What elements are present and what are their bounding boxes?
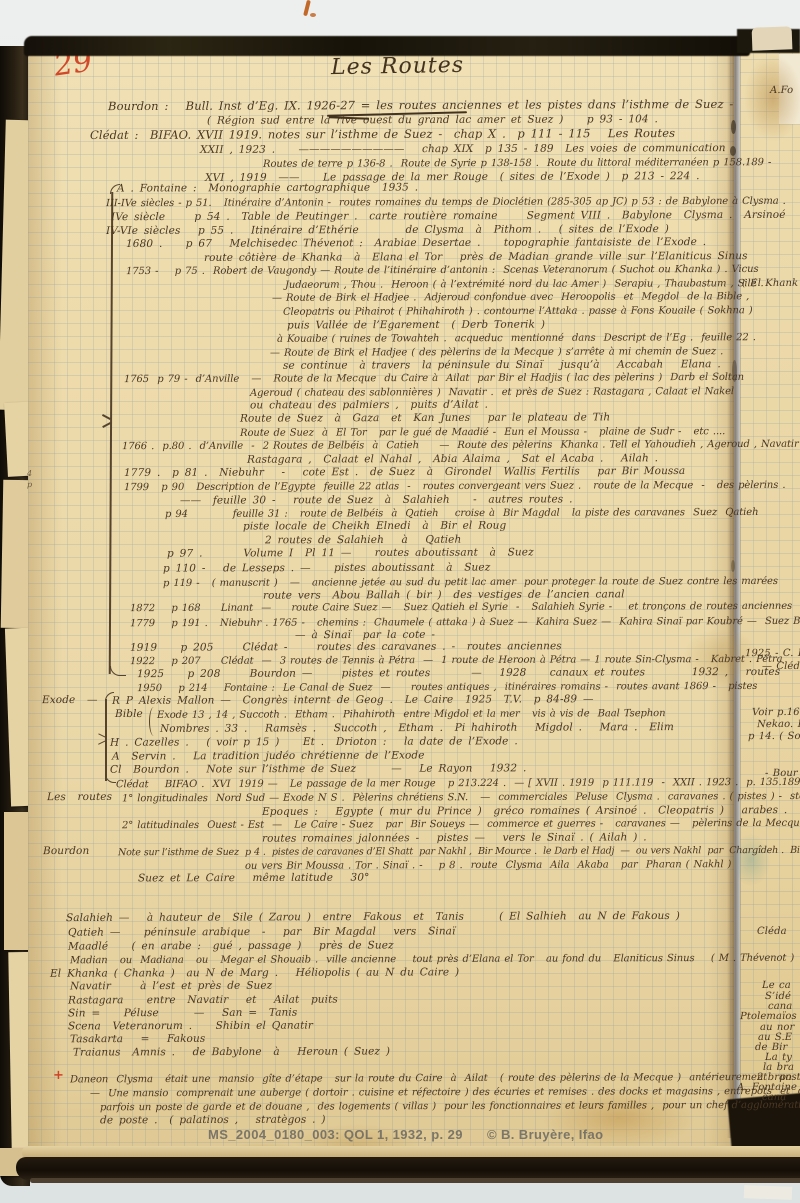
handwritten-line: Clédat BIFAO . XVI 1919 — Le passage de … <box>116 777 800 791</box>
handwritten-line: Clédat : BIFAO. XVII 1919. notes sur l’i… <box>90 128 675 141</box>
scanned-notebook-photo: 29 Les Routes Bourdon : Bull. Inst d’Eg.… <box>0 0 800 1203</box>
handwritten-line: route vers Abou Ballah ( bir ) des vesti… <box>263 589 625 601</box>
handwritten-line: 1925 p 208 Bourdon — pistes et routes — … <box>137 667 780 680</box>
handwritten-line: H . Cazelles . ( voir p 15 ) Et . Drioto… <box>110 736 518 748</box>
handwritten-line: Salahieh — à hauteur de Sile ( Zarou ) e… <box>66 911 680 924</box>
margin-note: cana <box>762 1092 786 1103</box>
handwritten-line: 1919 p 205 Clédat - routes des caravanes… <box>130 641 562 654</box>
handwritten-line: —— feuille 30 - route de Suez à Salahieh… <box>180 494 573 506</box>
margin-note: Ptolemaïos <box>740 1011 797 1022</box>
handwritten-line: ( Région sud entre la rive ouest du gran… <box>207 114 658 127</box>
group-brace-bible <box>149 707 157 736</box>
handwritten-line: Nombres . 33 . Ramsès . Succoth , Etham … <box>160 722 674 735</box>
margin-note: ( El Khank <box>742 278 798 289</box>
handwritten-line: 1° longitudinales Nord Sud — Exode N S .… <box>122 791 800 805</box>
handwritten-line: IV-VIe siècles p 55 . Itinéraire d’Ethér… <box>106 224 669 237</box>
handwritten-line: Routes de terre p 136-8 . Route de Syrie… <box>263 157 771 170</box>
handwritten-line: Route de Suez à Gaza et Kan Junes par le… <box>240 412 610 424</box>
handwritten-line: Sin = Péluse — San = Tanis <box>68 1008 297 1020</box>
handwritten-line: Bourdon <box>43 846 89 857</box>
handwritten-line: Epoques : Egypte ( mur du Prince ) gréco… <box>262 805 787 818</box>
handwritten-line: puis Vallée de l’Egarement ( Derb Toneri… <box>287 320 545 332</box>
handwritten-line: 1872 p 168 Linant — route Caire Suez — S… <box>130 601 792 614</box>
handwritten-line: se continue à travers la péninsule du Si… <box>283 359 721 372</box>
handwritten-line: + <box>53 1070 64 1081</box>
handwritten-line: Navatir à l’est et près de Suez <box>70 981 272 993</box>
orange-pen-mark <box>310 13 316 17</box>
handwritten-line: Judaeorum , Thou . Heroon ( à l’extrémit… <box>285 278 764 291</box>
handwritten-line: route côtière de Khanka à Elana el Tor p… <box>204 251 748 264</box>
torn-paper-bit <box>744 1185 792 1200</box>
handwritten-line: ou chateau des palmiers , puits d’Ailat … <box>250 400 488 412</box>
handwritten-line: 1753 - p 75 . Robert de Vaugondy — Route… <box>126 264 759 277</box>
orange-pen-mark <box>303 0 311 16</box>
handwritten-line: 1779 . p 81 . Niebuhr - cote Est . de Su… <box>124 466 685 479</box>
margin-note: Nekao. Da <box>757 719 800 730</box>
handwritten-line: 1779 p 191 . Niebuhr . 1765 - chemins : … <box>130 616 800 630</box>
watermark-reference: MS_2004_0180_003: QOL 1, 1932, p. 29 <box>208 1127 463 1142</box>
handwritten-line: Scena Veteranorum . Shibin el Qanatir <box>68 1021 313 1033</box>
handwritten-line: Route de Suez à El Tor par le gué de Maa… <box>240 426 725 439</box>
handwritten-line: — Route de Birk el Hadjee ( des pèlerins… <box>270 346 723 359</box>
handwritten-line: — Route de Birk el Hadjee . Adjeroud con… <box>272 291 749 304</box>
handwritten-line: p 119 - ( manuscrit ) — ancienne jetée a… <box>163 576 778 589</box>
handwritten-line: Bible <box>115 709 143 720</box>
book-top-edge <box>24 36 750 56</box>
handwritten-line: Qatieh — péninsule arabique - par Bir Ma… <box>68 926 456 938</box>
handwritten-line: 1799 p 90 Description de l’Egypte feuill… <box>124 480 786 493</box>
handwritten-line: p 94 feuille 31 : route de Belbéis à Qat… <box>165 507 758 520</box>
margin-note: — Cléda <box>762 661 800 672</box>
handwritten-line: Bourdon : Bull. Inst d’Eg. IX. 1926-27 =… <box>108 99 733 112</box>
handwritten-line: à Kouaibe ( ruines de Towahteh . acquedu… <box>277 332 756 345</box>
margin-note: Voir p.16 jou <box>752 707 800 718</box>
handwritten-line: 1950 p 214 Fontaine : Le Canal de Suez —… <box>137 681 757 694</box>
handwritten-line: 1766 . p.80 . d’Anville - 2 Routes de Be… <box>122 439 799 452</box>
handwritten-line: Exode 13 , 14 , Succoth . Etham . Pihahi… <box>157 708 665 721</box>
handwritten-line: Traianus Amnis . de Babylone à Heroun ( … <box>73 1046 390 1058</box>
handwritten-line: Ageroud ( chateau des sablonnières ) Nav… <box>250 386 734 399</box>
handwritten-line: Maadlé ( en arabe : gué , passage ) près… <box>68 940 394 952</box>
margin-note: - Bour <box>765 768 798 779</box>
handwritten-line: IVe siècle p 54 . Table de Peutinger . c… <box>111 210 786 223</box>
handwritten-line: piste locale de Cheikh Elnedi à Bir el R… <box>243 521 506 533</box>
handwritten-line: Les routes <box>47 792 112 803</box>
handwritten-line: A Servin . La tradition judéo chrétienne… <box>112 750 425 762</box>
handwritten-line: A . Fontaine : Monographie cartographiqu… <box>117 182 418 194</box>
handwritten-line: Tasakarta = Fakous <box>70 1034 205 1045</box>
handwritten-line: El Khanka ( Chanka ) au N de Marg . Héli… <box>50 967 459 979</box>
handwritten-line: p 97 . Volume I Pl 11 — routes aboutissa… <box>167 547 534 559</box>
margin-note: Cléda <box>757 926 787 937</box>
gutter-ink-spot <box>731 120 736 134</box>
handwritten-line: — à Sinaï par la cote - <box>295 630 435 641</box>
handwritten-line: 1765 p 79 - d’Anville — Route de la Mecq… <box>124 372 744 385</box>
handwritten-line: 2 routes de Salahieh à Qatieh <box>265 535 461 547</box>
handwritten-line: Cleopatris ou Pihairot ( Phihahiroth ) .… <box>283 305 753 318</box>
handwritten-line: R P Alexis Mallon — Congrès internt de G… <box>112 694 594 707</box>
handwritten-line: ou vers Bir Moussa . Tor . Sinaï . - p 8… <box>245 859 731 872</box>
edge-note: 4 <box>27 468 32 479</box>
handwritten-line: Rastagara , Calaat el Nahal , Abia Alaim… <box>247 453 658 465</box>
handwritten-line: 1922 p 207 Clédat — 3 routes de Tennis à… <box>130 654 783 667</box>
handwritten-line: routes romaines jalonnées - pistes — ver… <box>262 832 647 844</box>
watermark-credit: © B. Bruyère, Ifao <box>487 1127 603 1142</box>
margin-note: A.Fo <box>770 85 793 96</box>
handwritten-line: Rastagara entre Navatir et Ailat puits <box>68 995 338 1007</box>
handwritten-line: Suez et Le Caire même latitude 30° <box>138 873 369 885</box>
book-bottom-edge <box>30 1178 800 1183</box>
handwritten-line: XXII , 1923 . —————————— chap XIX p 135 … <box>200 143 726 156</box>
edge-note: p <box>27 479 32 490</box>
margin-note: 1925 - C. Bour <box>745 648 800 659</box>
handwritten-line: p 110 - de Lesseps . — pistes aboutissan… <box>163 562 490 574</box>
handwritten-line: 1680 . p 67 Melchisedec Thévenot : Arabi… <box>126 237 706 250</box>
handwritten-line: Cl Bourdon . Note sur l’isthme de Suez —… <box>110 763 526 775</box>
page-corner-tab <box>752 26 793 50</box>
margin-note: Le ca <box>762 980 791 991</box>
margin-note: p 14. ( Sou <box>748 731 800 742</box>
gutter-ink-spot <box>731 560 735 572</box>
handwritten-line: 2° latitudinales Ouest - Est — Le Caire … <box>122 818 800 831</box>
handwritten-line: de poste . ( palatinos , stratègos . ) <box>100 1115 326 1127</box>
torn-page-stub <box>4 812 30 950</box>
page-title: Les Routes <box>331 53 464 80</box>
handwritten-line: Note sur l’isthme de Suez p 4 . pistes d… <box>118 845 800 859</box>
handwritten-line: Exode — <box>42 695 98 706</box>
book-bottom-edge <box>16 1157 800 1180</box>
gutter-ink-spot <box>730 146 736 156</box>
